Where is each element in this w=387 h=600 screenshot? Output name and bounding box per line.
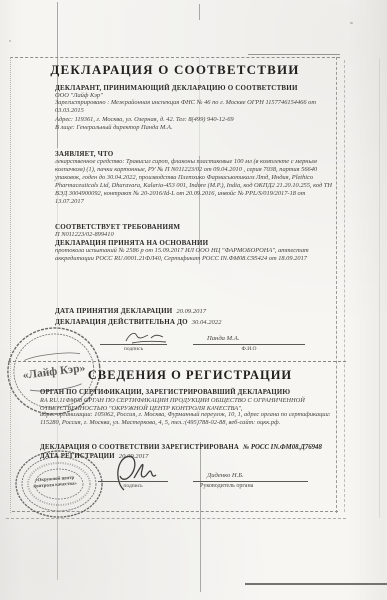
signature1-caption: подпись	[100, 346, 167, 352]
registration-section-title: СВЕДЕНИЯ О РЕГИСТРАЦИИ	[40, 368, 340, 383]
declarant-address: Адрес: 119361, г. Москва, ул. Озерная, д…	[55, 116, 335, 124]
head-line	[193, 481, 308, 482]
signature2-line	[98, 481, 168, 482]
frame-right-border-2	[344, 60, 345, 512]
authority-address: адрес организации: 105062, Россия, г. Мо…	[40, 411, 336, 427]
scan-speck	[350, 22, 353, 24]
fold-crease-center-bottom	[200, 442, 201, 592]
frame-top-border-2	[248, 54, 340, 55]
basis-heading: ДЕКЛАРАЦИЯ ПРИНЯТА НА ОСНОВАНИИ	[55, 239, 335, 247]
document-title: ДЕКЛАРАЦИЯ О СООТВЕТСТВИИ	[10, 62, 340, 78]
section-separator	[8, 361, 346, 362]
signature1-line	[100, 344, 167, 345]
product-description: лекарственное средство: Трависил сироп, …	[55, 158, 333, 206]
conforms-heading: СООТВЕТСТВУЕТ ТРЕБОВАНИЯМ	[55, 223, 335, 231]
declarant-registration: Зарегистрировано : Межрайонная инспекция…	[55, 99, 333, 115]
declares-heading: ЗАЯВЛЯЕТ, ЧТО	[55, 150, 335, 158]
signatory-name: Панда М.А.	[207, 335, 317, 342]
frame-left-border	[10, 57, 11, 513]
signatory-caption: Ф.И.О	[193, 346, 305, 352]
signatory-line	[193, 344, 305, 345]
scan-speck	[9, 40, 11, 42]
signature2-handwriting	[112, 450, 160, 496]
fold-crease-center-top	[199, 4, 200, 20]
conforms-value: П N011223/02-899410	[55, 231, 335, 239]
declarant-heading: ДЕКЛАРАНТ, ПРИНИМАЮЩИЙ ДЕКЛАРАЦИЮ О СООТ…	[55, 84, 335, 92]
valid-until-value: 30.04.2022	[192, 319, 222, 326]
scanned-declaration-page: ДЕКЛАРАЦИЯ О СООТВЕТСТВИИ ДЕКЛАРАНТ, ПРИ…	[0, 0, 387, 600]
page-edge-line	[379, 58, 380, 518]
head-role: Руководитель органа	[200, 483, 315, 489]
frame-top-border	[10, 57, 340, 58]
signature2-caption: подпись	[98, 483, 168, 489]
declarant-representative: В лице: Генеральный директор Панда М.А.	[55, 124, 335, 132]
authority-heading: ОРГАН ПО СЕРТИФИКАЦИИ, ЗАРЕГИСТРИРОВАВШИ…	[40, 389, 340, 396]
scan-edge-bar	[245, 583, 387, 585]
head-name: Диденко Н.Б.	[207, 472, 322, 479]
basis-value: протокола испытаний № 2586 р от 15.09.20…	[55, 247, 333, 263]
